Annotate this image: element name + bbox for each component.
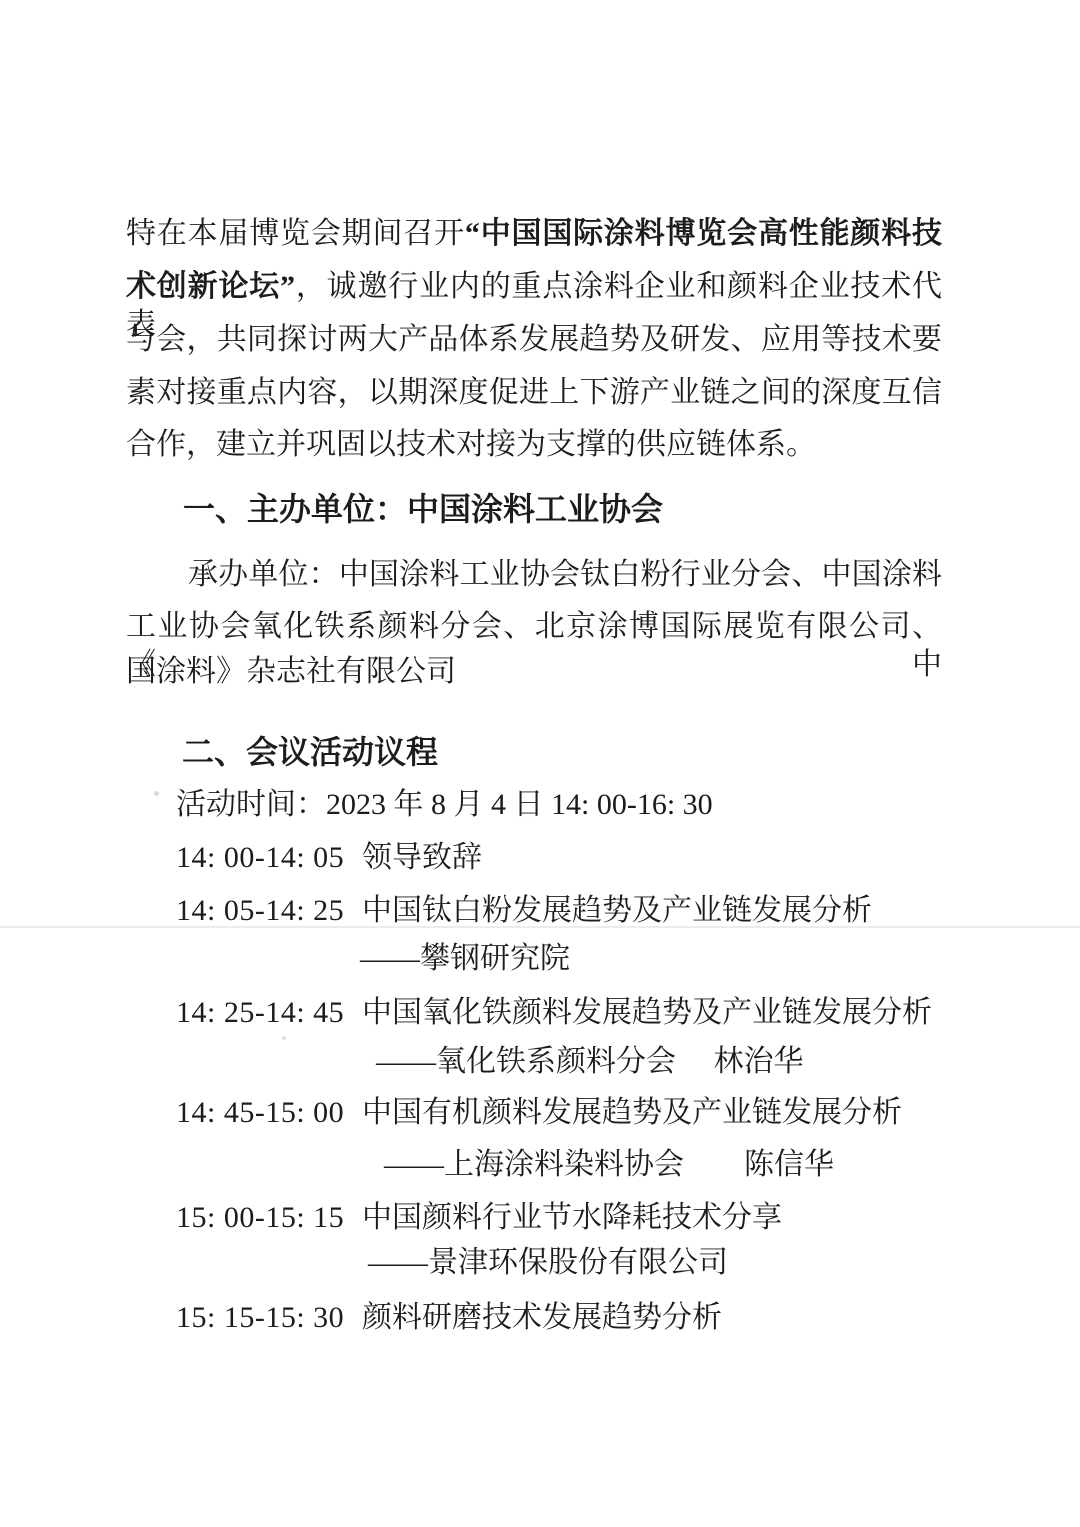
agenda-time: 14: 45-15: 00 [176,1094,362,1132]
agenda-row-speaker: ——景津环保股份有限公司 [368,1244,728,1282]
scan-speck [154,791,159,796]
hosts-text: 承办单位：中国涂料工业协会钛白粉行业分会、中国涂料 [188,558,942,591]
intro-line: 合作，建立并巩固以技术对接为支撑的供应链体系。 [126,426,942,464]
scan-speck [282,1036,286,1040]
agenda-title: 中国氧化铁颜料发展趋势及产业链发展分析 [362,996,932,1029]
intro-text-bold: “中国国际涂料博览会高性能颜料技 [465,217,942,250]
agenda-row-item: 14: 00-14: 05领导致辞 [176,839,482,877]
agenda-speaker: ——氧化铁系颜料分会 林治华 [376,1045,804,1078]
agenda-title: 中国有机颜料发展趋势及产业链发展分析 [362,1096,902,1129]
agenda-title: 颜料研磨技术发展趋势分析 [362,1301,722,1334]
intro-line: 与会，共同探讨两大产品体系发展趋势及研发、应用等技术要 [126,321,942,359]
section-heading-agenda: 二、会议活动议程 [182,733,438,771]
intro-text: 与会，共同探讨两大产品体系发展趋势及研发、应用等技术要 [126,323,942,356]
agenda-row-speaker: ——攀钢研究院 [360,940,570,978]
agenda-title: 中国颜料行业节水降耗技术分享 [362,1201,782,1234]
agenda-row-item: 14: 45-15: 00中国有机颜料发展趋势及产业链发展分析 [176,1094,902,1132]
agenda-time: 15: 15-15: 30 [176,1299,362,1337]
intro-text: 素对接重点内容，以期深度促进上下游产业链之间的深度互信 [126,376,942,409]
hosts-text: 国涂料》杂志社有限公司 [126,655,456,688]
agenda-speaker: ——景津环保股份有限公司 [368,1246,728,1279]
agenda-speaker: ——攀钢研究院 [360,942,570,975]
hosts-line: 国涂料》杂志社有限公司 [126,653,942,691]
agenda-title: 中国钛白粉发展趋势及产业链发展分析 [362,894,872,927]
intro-line: 特在本届博览会期间召开“中国国际涂料博览会高性能颜料技 [126,215,942,253]
intro-text: 特在本届博览会期间召开 [126,217,465,250]
agenda-row-item: 15: 00-15: 15中国颜料行业节水降耗技术分享 [176,1199,782,1237]
agenda-row-item: 14: 25-14: 45中国氧化铁颜料发展趋势及产业链发展分析 [176,994,932,1032]
agenda-row-speaker: ——上海涂料染料协会 陈信华 [384,1146,834,1184]
agenda-speaker: ——上海涂料染料协会 陈信华 [384,1148,834,1181]
agenda-row-item: 15: 15-15: 30颜料研磨技术发展趋势分析 [176,1299,722,1337]
intro-line: 素对接重点内容，以期深度促进上下游产业链之间的深度互信 [126,374,942,412]
agenda-title: 领导致辞 [362,841,482,874]
agenda-time: 14: 05-14: 25 [176,892,362,930]
section-heading-hosts: 一、主办单位：中国涂料工业协会 [183,490,663,528]
agenda-row-item: 14: 05-14: 25中国钛白粉发展趋势及产业链发展分析 [176,892,872,930]
document-page: 特在本届博览会期间召开“中国国际涂料博览会高性能颜料技术创新论坛”，诚邀行业内的… [0,0,1080,1527]
agenda-row-speaker: ——氧化铁系颜料分会 林治华 [376,1043,804,1081]
agenda-schedule-line: 活动时间：2023 年 8 月 4 日 14: 00-16: 30 [176,786,713,824]
agenda-time: 15: 00-15: 15 [176,1199,362,1237]
agenda-time: 14: 25-14: 45 [176,994,362,1032]
hosts-line: 承办单位：中国涂料工业协会钛白粉行业分会、中国涂料 [126,556,942,594]
intro-text: 合作，建立并巩固以技术对接为支撑的供应链体系。 [126,428,816,461]
intro-text-bold: 术创新论坛” [126,270,295,303]
agenda-time: 14: 00-14: 05 [176,839,362,877]
